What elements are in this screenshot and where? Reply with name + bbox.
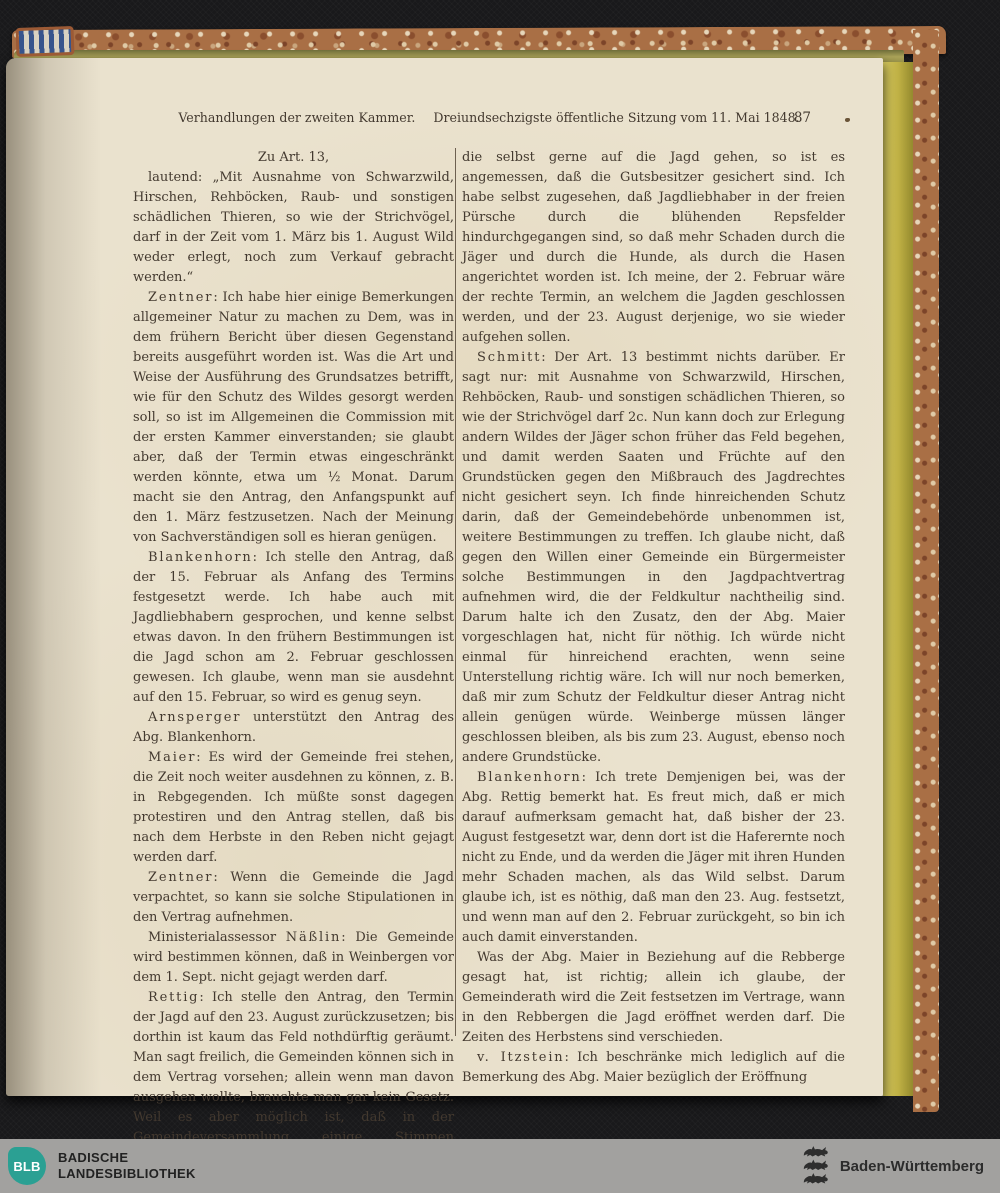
speaker-name: Näßlin: [286, 930, 341, 945]
library-name-line2: LANDESBIBLIOTHEK: [58, 1166, 196, 1182]
header-title: Verhandlungen der zweiten Kammer.: [178, 110, 415, 125]
text-paragraph: Schmitt: Der Art. 13 bestimmt nichts dar…: [462, 348, 845, 768]
text-paragraph: Zu Art. 13,: [133, 148, 454, 168]
text-paragraph: Ministerialassessor Näßlin: Die Gemeinde…: [133, 928, 454, 988]
header-session: Dreiundsechzigste öffentliche Sitzung vo…: [433, 110, 799, 125]
speaker-name: Rettig: [148, 990, 199, 1005]
gutter-shadow: [6, 58, 101, 1096]
book-headband: [16, 26, 75, 57]
blb-logo-icon: BLB: [8, 1147, 46, 1185]
library-name-line1: BADISCHE: [58, 1150, 196, 1166]
baden-wuerttemberg-lions-icon: [803, 1145, 830, 1187]
text-paragraph: Blankenhorn: Ich stelle den Antrag, daß …: [133, 548, 454, 708]
text-paragraph: lautend: „Mit Ausnahme von Schwarzwild, …: [133, 168, 454, 288]
column-right: die selbst gerne auf die Jagd gehen, so …: [462, 148, 845, 1088]
page-edges-right: [881, 62, 913, 1096]
state-name: Baden-Württemberg: [840, 1158, 984, 1175]
page-number: 87: [794, 110, 811, 126]
speaker-name: Zentner: [148, 290, 213, 305]
text-paragraph: die selbst gerne auf die Jagd gehen, so …: [462, 148, 845, 348]
scanned-page: Verhandlungen der zweiten Kammer. Dreiun…: [6, 58, 883, 1096]
running-header: Verhandlungen der zweiten Kammer. Dreiun…: [133, 110, 845, 130]
speaker-name: Arnsperger: [148, 710, 241, 725]
text-paragraph: Zentner: Ich habe hier einige Bemerkunge…: [133, 288, 454, 548]
speaker-name: Blankenhorn: [477, 770, 582, 785]
text-paragraph: v. Itzstein: Ich beschränke mich ledigli…: [462, 1048, 845, 1088]
speaker-name: Maier: [148, 750, 196, 765]
text-paragraph: Zentner: Wenn die Gemeinde die Jagd verp…: [133, 868, 454, 928]
library-branding: BLB BADISCHE LANDESBIBLIOTHEK: [8, 1147, 196, 1185]
text-paragraph: Arnsperger unterstützt den Antrag des Ab…: [133, 708, 454, 748]
book-scan-scene: Verhandlungen der zweiten Kammer. Dreiun…: [0, 0, 1000, 1193]
column-left: Zu Art. 13,lautend: „Mit Ausnahme von Sc…: [133, 148, 454, 1168]
text-paragraph: Was der Abg. Maier in Beziehung auf die …: [462, 948, 845, 1048]
marbled-board-right: [913, 30, 939, 1112]
speaker-name: Zentner: [148, 870, 213, 885]
speaker-name: Schmitt: [477, 350, 541, 365]
text-paragraph: Blankenhorn: Ich trete Demjenigen bei, w…: [462, 768, 845, 948]
column-divider-rule: [455, 148, 456, 1036]
ink-speck: [845, 118, 850, 122]
state-branding: Baden-Württemberg: [803, 1145, 984, 1187]
viewer-footer-bar: BLB BADISCHE LANDESBIBLIOTHEK Baden-Würt…: [0, 1139, 1000, 1193]
speaker-name: v. Itzstein: [477, 1050, 564, 1065]
text-paragraph: Maier: Es wird der Gemeinde frei stehen,…: [133, 748, 454, 868]
library-name: BADISCHE LANDESBIBLIOTHEK: [58, 1150, 196, 1182]
speaker-name: Blankenhorn: [148, 550, 253, 565]
